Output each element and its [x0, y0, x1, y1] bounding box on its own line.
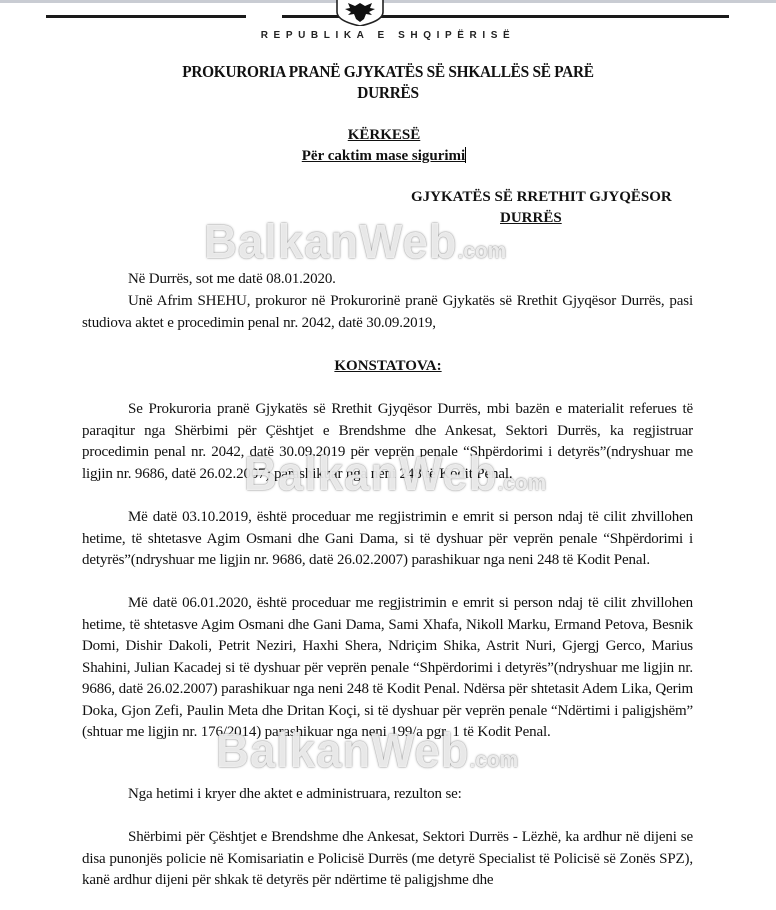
addressee-city: DURRËS: [500, 210, 562, 227]
office-name: PROKURORIA PRANË GJYKATËS SË SHKALLËS SË…: [27, 62, 749, 82]
paragraph-2: Më datë 03.10.2019, është proceduar me r…: [82, 507, 693, 572]
paragraph-4: Nga hetimi i kryer dhe aktet e administr…: [82, 784, 693, 806]
section-heading-text: KONSTATOVA:: [334, 358, 441, 374]
republic-label: REPUBLIKA E SHQIPËRISË: [0, 30, 776, 41]
document-subtitle: Për caktim mase sigurimi: [0, 147, 772, 165]
section-heading: KONSTATOVA:: [0, 358, 776, 375]
document-title-text: KËRKESË: [348, 127, 421, 143]
document-subtitle-text: Për caktim mase sigurimi: [302, 148, 465, 164]
addressee-court: GJYKATËS SË RRETHIT GJYQËSOR: [411, 189, 672, 206]
watermark: BalkanWeb.com: [204, 215, 506, 270]
watermark-suffix: .com: [469, 747, 518, 772]
document-title: KËRKESË: [0, 127, 772, 144]
paragraph-5: Shërbimi për Çështjet e Brendshme dhe An…: [82, 827, 693, 892]
office-city: DURRËS: [27, 83, 749, 103]
paragraph-3: Më datë 06.01.2020, është proceduar me r…: [82, 593, 693, 744]
intro-paragraph: Unë Afrim SHEHU, prokuror në Prokurorinë…: [82, 291, 693, 334]
text-cursor: [465, 147, 466, 163]
header-rule-left: [46, 15, 246, 18]
paragraph-1: Se Prokuroria pranë Gjykatës së Rrethit …: [82, 399, 693, 485]
watermark-brand: BalkanWeb: [204, 216, 458, 269]
albanian-eagle-emblem-icon: [331, 0, 389, 26]
watermark-suffix: .com: [457, 238, 506, 263]
place-date-line: Në Durrës, sot me datë 08.01.2020.: [82, 269, 693, 291]
